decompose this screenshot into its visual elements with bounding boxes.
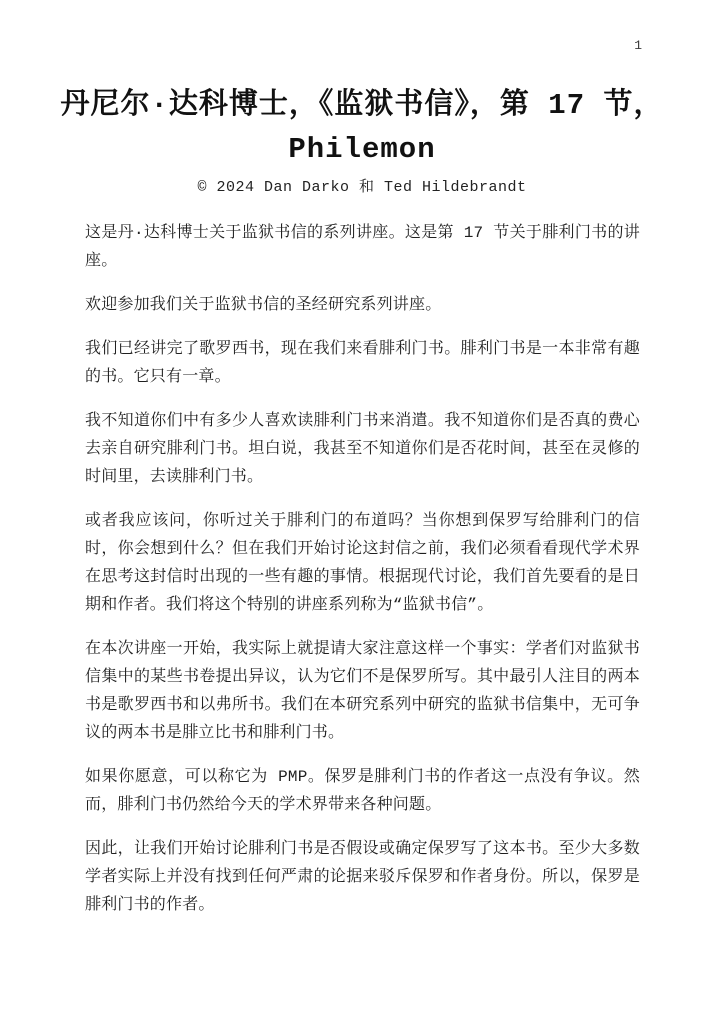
title-block: 丹尼尔·达科博士，《监狱书信》，第 17 节， Philemon © 2024 … — [0, 0, 724, 196]
paragraph: 在本次讲座一开始，我实际上就提请大家注意这样一个事实：学者们对监狱书信集中的某些… — [85, 635, 640, 747]
document-page: 1 丹尼尔·达科博士，《监狱书信》，第 17 节， Philemon © 202… — [0, 0, 724, 1024]
paragraph: 我们已经讲完了歌罗西书，现在我们来看腓利门书。腓利门书是一本非常有趣的书。它只有… — [85, 335, 640, 391]
copyright-line: © 2024 Dan Darko 和 Ted Hildebrandt — [0, 175, 724, 196]
paragraph: 欢迎参加我们关于监狱书信的圣经研究系列讲座。 — [85, 291, 640, 319]
document-body: 这是丹·达科博士关于监狱书信的系列讲座。这是第 17 节关于腓利门书的讲座。 欢… — [85, 219, 640, 919]
paragraph: 这是丹·达科博士关于监狱书信的系列讲座。这是第 17 节关于腓利门书的讲座。 — [85, 219, 640, 275]
paragraph: 或者我应该问，你听过关于腓利门的布道吗？当你想到保罗写给腓利门的信时，你会想到什… — [85, 507, 640, 619]
page-number: 1 — [634, 38, 642, 53]
paragraph: 如果你愿意，可以称它为 PMP。保罗是腓利门书的作者这一点没有争议。然而，腓利门… — [85, 763, 640, 819]
document-title-line1: 丹尼尔·达科博士，《监狱书信》，第 17 节， — [0, 84, 724, 128]
paragraph: 我不知道你们中有多少人喜欢读腓利门书来消遣。我不知道你们是否真的费心去亲自研究腓… — [85, 407, 640, 491]
document-title-line2: Philemon — [0, 128, 724, 172]
paragraph: 因此，让我们开始讨论腓利门书是否假设或确定保罗写了这本书。至少大多数学者实际上并… — [85, 835, 640, 919]
